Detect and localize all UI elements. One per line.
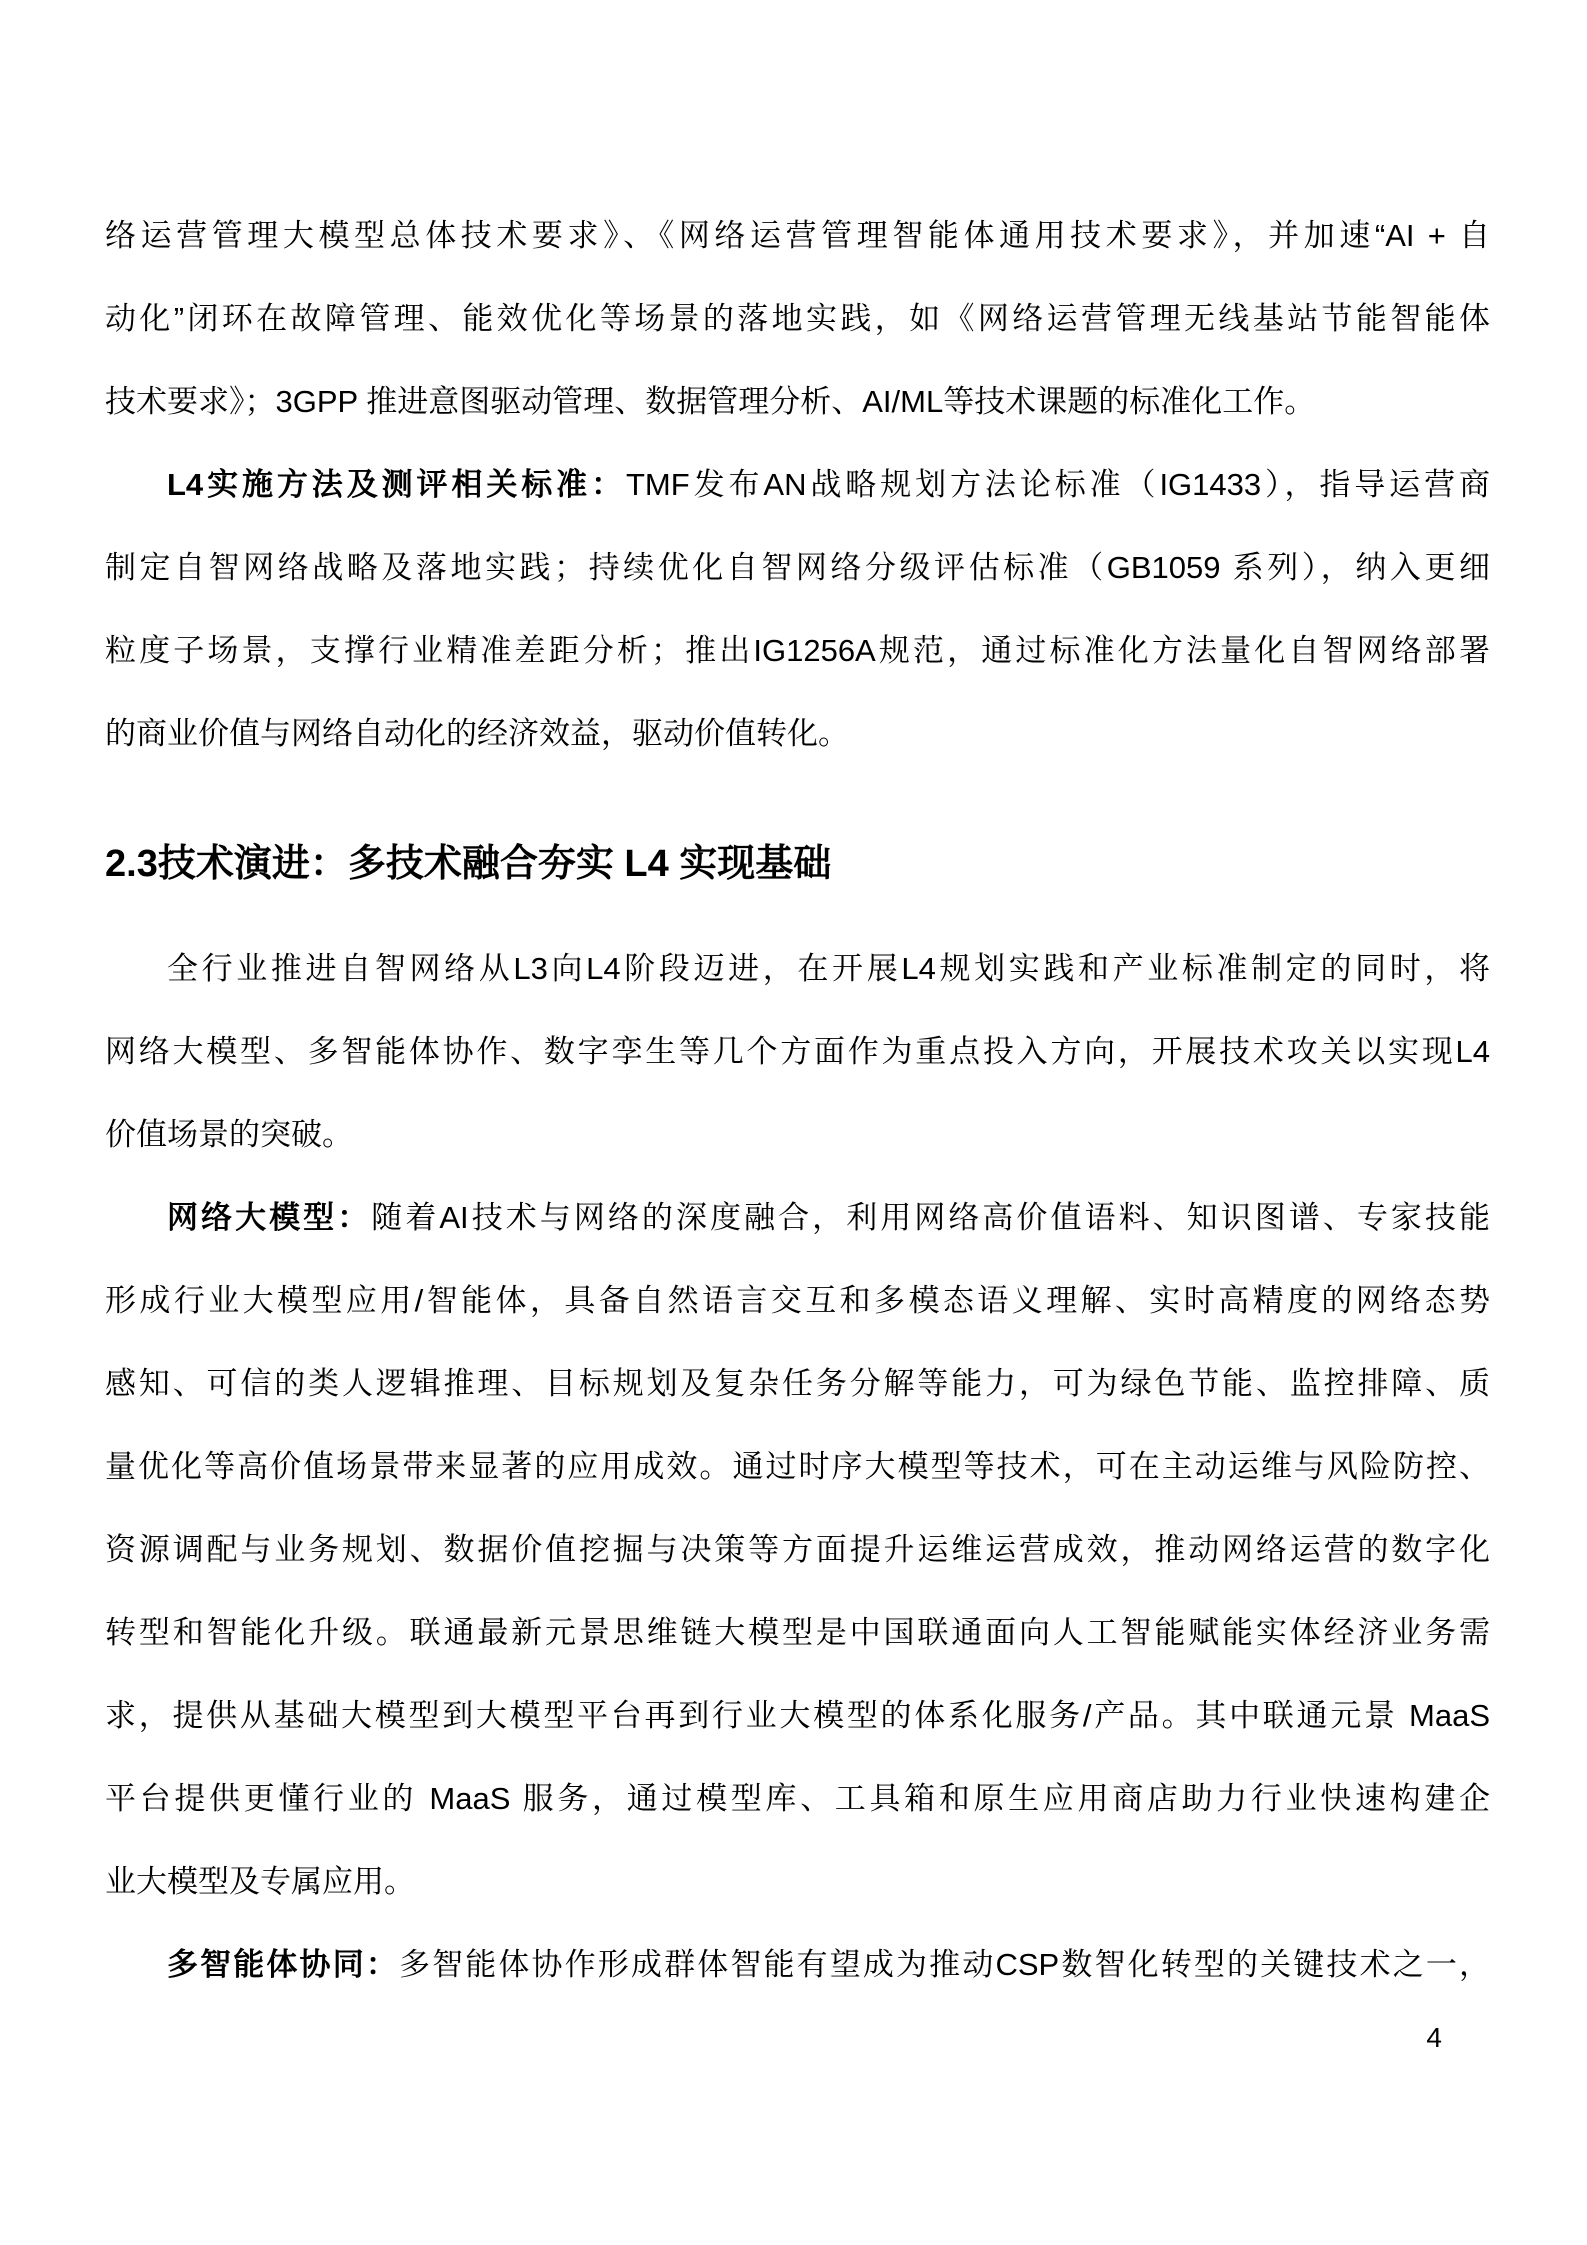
body-paragraph: 络运营管理大模型总体技术要求》、《网络运营管理智能体通用技术要求》，并加速“AI… xyxy=(105,194,1490,443)
text-run: 业大模型及专属应用。 xyxy=(105,1864,415,1899)
text-line: 平台提供更懂行业的 MaaS 服务，通过模型库、工具箱和原生应用商店助力行业快速… xyxy=(105,1757,1490,1840)
text-line: L4实施方法及测评相关标准：TMF发布AN战略规划方法论标准（IG1433），指… xyxy=(105,443,1490,526)
text-line: 求，提供从基础大模型到大模型平台再到行业大模型的体系化服务/产品。其中联通元景 … xyxy=(105,1674,1490,1757)
text-line: 转型和智能化升级。联通最新元景思维链大模型是中国联通面向人工智能赋能实体经济业务… xyxy=(105,1591,1490,1674)
text-line: 动化”闭环在故障管理、能效优化等场景的落地实践，如《网络运营管理无线基站节能智能… xyxy=(105,277,1490,360)
bold-lead-in: 多智能体协同： xyxy=(167,1947,399,1982)
document-page: 络运营管理大模型总体技术要求》、《网络运营管理智能体通用技术要求》，并加速“AI… xyxy=(0,0,1587,2245)
text-line: 全行业推进自智网络从L3向L4阶段迈进，在开展L4规划实践和产业标准制定的同时，… xyxy=(105,927,1490,1010)
text-line: 络运营管理大模型总体技术要求》、《网络运营管理智能体通用技术要求》，并加速“AI… xyxy=(105,194,1490,277)
text-run: 平台提供更懂行业的 MaaS 服务，通过模型库、工具箱和原生应用商店助力行业快速… xyxy=(105,1781,1490,1816)
text-line: 业大模型及专属应用。 xyxy=(105,1840,1490,1923)
text-run: 感知、可信的类人逻辑推理、目标规划及复杂任务分解等能力，可为绿色节能、监控排障、… xyxy=(105,1366,1490,1401)
bold-lead-in: 网络大模型： xyxy=(167,1200,371,1235)
text-line: 量优化等高价值场景带来显著的应用成效。通过时序大模型等技术，可在主动运维与风险防… xyxy=(105,1425,1490,1508)
body-paragraph: 多智能体协同：多智能体协作形成群体智能有望成为推动CSP数智化转型的关键技术之一… xyxy=(105,1923,1490,2006)
text-line: 技术要求》；3GPP 推进意图驱动管理、数据管理分析、AI/ML等技术课题的标准… xyxy=(105,360,1490,443)
text-line: 网络大模型、多智能体协作、数字孪生等几个方面作为重点投入方向，开展技术攻关以实现… xyxy=(105,1010,1490,1093)
page-number: 4 xyxy=(1426,2022,1442,2054)
text-run: 价值场景的突破。 xyxy=(105,1117,353,1152)
text-run: 网络大模型、多智能体协作、数字孪生等几个方面作为重点投入方向，开展技术攻关以实现… xyxy=(105,1034,1490,1069)
text-run: 求，提供从基础大模型到大模型平台再到行业大模型的体系化服务/产品。其中联通元景 … xyxy=(105,1698,1490,1733)
text-run: 的商业价值与网络自动化的经济效益，驱动价值转化。 xyxy=(105,716,849,751)
text-line: 感知、可信的类人逻辑推理、目标规划及复杂任务分解等能力，可为绿色节能、监控排障、… xyxy=(105,1342,1490,1425)
text-run: 制定自智网络战略及落地实践；持续优化自智网络分级评估标准（GB1059 系列），… xyxy=(105,550,1490,585)
text-run: 络运营管理大模型总体技术要求》、《网络运营管理智能体通用技术要求》，并加速“AI… xyxy=(105,218,1490,253)
document-content: 络运营管理大模型总体技术要求》、《网络运营管理智能体通用技术要求》，并加速“AI… xyxy=(105,194,1490,2006)
text-run: 粒度子场景，支撑行业精准差距分析；推出IG1256A规范，通过标准化方法量化自智… xyxy=(105,633,1490,668)
text-line: 价值场景的突破。 xyxy=(105,1093,1490,1176)
text-line: 多智能体协同：多智能体协作形成群体智能有望成为推动CSP数智化转型的关键技术之一… xyxy=(105,1923,1490,2006)
text-run: 动化”闭环在故障管理、能效优化等场景的落地实践，如《网络运营管理无线基站节能智能… xyxy=(105,301,1490,336)
text-run: 形成行业大模型应用/智能体，具备自然语言交互和多模态语义理解、实时高精度的网络态… xyxy=(105,1283,1490,1318)
text-line: 制定自智网络战略及落地实践；持续优化自智网络分级评估标准（GB1059 系列），… xyxy=(105,526,1490,609)
body-paragraph: 全行业推进自智网络从L3向L4阶段迈进，在开展L4规划实践和产业标准制定的同时，… xyxy=(105,927,1490,1176)
text-run: 技术要求》；3GPP 推进意图驱动管理、数据管理分析、AI/ML等技术课题的标准… xyxy=(105,384,1315,419)
text-run: 全行业推进自智网络从L3向L4阶段迈进，在开展L4规划实践和产业标准制定的同时，… xyxy=(167,951,1490,986)
text-run: 资源调配与业务规划、数据价值挖掘与决策等方面提升运维运营成效，推动网络运营的数字… xyxy=(105,1532,1490,1567)
text-line: 的商业价值与网络自动化的经济效益，驱动价值转化。 xyxy=(105,692,1490,775)
text-run: 量优化等高价值场景带来显著的应用成效。通过时序大模型等技术，可在主动运维与风险防… xyxy=(105,1449,1490,1484)
text-run: 转型和智能化升级。联通最新元景思维链大模型是中国联通面向人工智能赋能实体经济业务… xyxy=(105,1615,1490,1650)
body-paragraph: 网络大模型：随着AI技术与网络的深度融合，利用网络高价值语料、知识图谱、专家技能… xyxy=(105,1176,1490,1923)
text-line: 资源调配与业务规划、数据价值挖掘与决策等方面提升运维运营成效，推动网络运营的数字… xyxy=(105,1508,1490,1591)
text-line: 形成行业大模型应用/智能体，具备自然语言交互和多模态语义理解、实时高精度的网络态… xyxy=(105,1259,1490,1342)
body-paragraph: L4实施方法及测评相关标准：TMF发布AN战略规划方法论标准（IG1433），指… xyxy=(105,443,1490,775)
text-run: 多智能体协作形成群体智能有望成为推动CSP数智化转型的关键技术之一， xyxy=(399,1947,1490,1982)
text-line: 粒度子场景，支撑行业精准差距分析；推出IG1256A规范，通过标准化方法量化自智… xyxy=(105,609,1490,692)
text-line: 网络大模型：随着AI技术与网络的深度融合，利用网络高价值语料、知识图谱、专家技能 xyxy=(105,1176,1490,1259)
bold-lead-in: L4实施方法及测评相关标准： xyxy=(167,467,626,502)
text-run: TMF发布AN战略规划方法论标准（IG1433），指导运营商 xyxy=(626,467,1490,502)
text-run: 随着AI技术与网络的深度融合，利用网络高价值语料、知识图谱、专家技能 xyxy=(371,1200,1490,1235)
section-heading: 2.3技术演进：多技术融合夯实 L4 实现基础 xyxy=(105,819,1490,909)
